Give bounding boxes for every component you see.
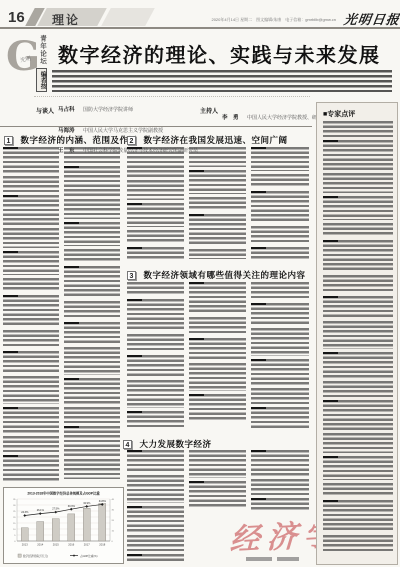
section-4-heading-text: 大力发展数字经济 xyxy=(139,439,211,449)
body-text-column xyxy=(251,282,309,428)
participant-affiliation: 国防大学经济学院讲师 xyxy=(83,107,133,113)
svg-text:25: 25 xyxy=(13,511,16,513)
svg-text:2013-2018年中国数字经济总体规模及占GDP比重: 2013-2018年中国数字经济总体规模及占GDP比重 xyxy=(27,491,100,496)
header-rule xyxy=(0,27,400,29)
section-2-heading-text: 数字经济在我国发展迅速、空间广阔 xyxy=(143,135,287,145)
bars-group xyxy=(21,503,106,541)
calligraphy-caption xyxy=(277,557,299,561)
body-text-column xyxy=(189,282,246,428)
svg-text:5: 5 xyxy=(14,535,16,537)
svg-text:2018: 2018 xyxy=(99,543,105,547)
section-2-heading: 2 数字经济在我国发展迅速、空间广阔 xyxy=(127,130,287,148)
section-1-number-badge: 1 xyxy=(4,136,13,145)
svg-text:10: 10 xyxy=(112,531,115,533)
host-row: 李 勇 中国人民大学经济学院教授、研究员 xyxy=(222,106,327,124)
body-text-column xyxy=(189,450,246,510)
chart-canvas: 2013-2018年中国数字经济总体规模及占GDP比重0510152025303… xyxy=(4,488,123,567)
body-text-column xyxy=(251,450,309,510)
svg-text:2015: 2015 xyxy=(53,543,59,547)
host-affiliation: 中国人民大学经济学院教授、研究员 xyxy=(247,115,327,121)
svg-text:34.8%: 34.8% xyxy=(99,500,107,503)
editor-note-text xyxy=(52,70,392,92)
section-1-heading-text: 数字经济的内涵、范围及作用 xyxy=(20,135,137,145)
section-4-number-badge: 4 xyxy=(123,440,132,449)
svg-text:20: 20 xyxy=(13,517,16,519)
expert-commentary-title: ■专家点评 xyxy=(323,109,397,119)
chart-svg: 2013-2018年中国数字经济总体规模及占GDP比重0510152025303… xyxy=(4,488,123,563)
body-text-column xyxy=(127,147,184,259)
calligraphy-caption xyxy=(246,557,272,561)
masthead-logo: 光明日报 xyxy=(343,9,400,28)
body-text-column xyxy=(127,282,184,428)
svg-text:26.1%: 26.1% xyxy=(37,509,45,512)
svg-text:2016: 2016 xyxy=(68,543,74,547)
body-text-column xyxy=(127,450,184,562)
forum-logo-vertical-label: 青年论坛 xyxy=(38,35,47,65)
host-label: 主持人 xyxy=(200,106,218,115)
svg-text:32.9%: 32.9% xyxy=(83,502,91,505)
participants-divider-top xyxy=(34,96,310,97)
body-text-column xyxy=(189,147,246,259)
participant-name: 马占科 xyxy=(58,107,75,113)
svg-text:2017: 2017 xyxy=(84,543,90,547)
section-2-number-badge: 2 xyxy=(127,136,136,145)
newspaper-page: 16 理论 2020年4月14日 星期二 图文编辑/朱康 电子信箱：gmrbll… xyxy=(0,0,400,567)
svg-text:35: 35 xyxy=(13,499,16,501)
svg-text:30: 30 xyxy=(112,510,115,512)
participant-row: 马占科 国防大学经济学院讲师 xyxy=(58,98,198,116)
body-text-column xyxy=(251,147,309,259)
masthead-body-divider xyxy=(0,126,312,127)
digital-economy-chart: 2013-2018年中国数字经济总体规模及占GDP比重0510152025303… xyxy=(3,487,124,564)
section-3-number-badge: 3 xyxy=(127,271,136,280)
svg-text:0: 0 xyxy=(112,541,114,543)
svg-text:0: 0 xyxy=(14,541,16,543)
article-title: 数字经济的理论、实践与未来发展 xyxy=(58,39,381,68)
svg-text:数字经济规模(万亿元): 数字经济规模(万亿元) xyxy=(23,554,48,558)
svg-text:24.3%: 24.3% xyxy=(21,511,29,514)
expert-commentary-text xyxy=(323,121,393,559)
svg-text:30: 30 xyxy=(13,505,16,507)
dateline: 2020年4月14日 星期二 图文编辑/朱康 电子信箱：gmrbllb@gmw.… xyxy=(0,17,336,23)
svg-text:30.3%: 30.3% xyxy=(68,505,76,508)
svg-text:27.5%: 27.5% xyxy=(52,508,60,511)
svg-text:2013: 2013 xyxy=(22,543,28,547)
body-text-column xyxy=(3,147,59,481)
body-text-column xyxy=(64,147,120,481)
section-1-heading: 1 数字经济的内涵、范围及作用 xyxy=(4,130,137,148)
svg-text:占GDP比重(%): 占GDP比重(%) xyxy=(80,554,98,558)
svg-text:20: 20 xyxy=(112,520,115,522)
participants-label: 与谈人 xyxy=(36,106,54,115)
svg-text:10: 10 xyxy=(13,529,16,531)
host-name: 李 勇 xyxy=(222,115,239,121)
section-3-heading: 3 数字经济领域有哪些值得关注的理论内容 xyxy=(127,265,305,283)
svg-text:15: 15 xyxy=(13,523,16,525)
editor-note-label: 编者按 xyxy=(36,68,47,92)
svg-text:40: 40 xyxy=(112,499,115,501)
section-3-heading-text: 数字经济领域有哪些值得关注的理论内容 xyxy=(143,270,305,280)
svg-text:2014: 2014 xyxy=(37,543,43,547)
expert-commentary-box: ■专家点评 xyxy=(316,102,398,565)
